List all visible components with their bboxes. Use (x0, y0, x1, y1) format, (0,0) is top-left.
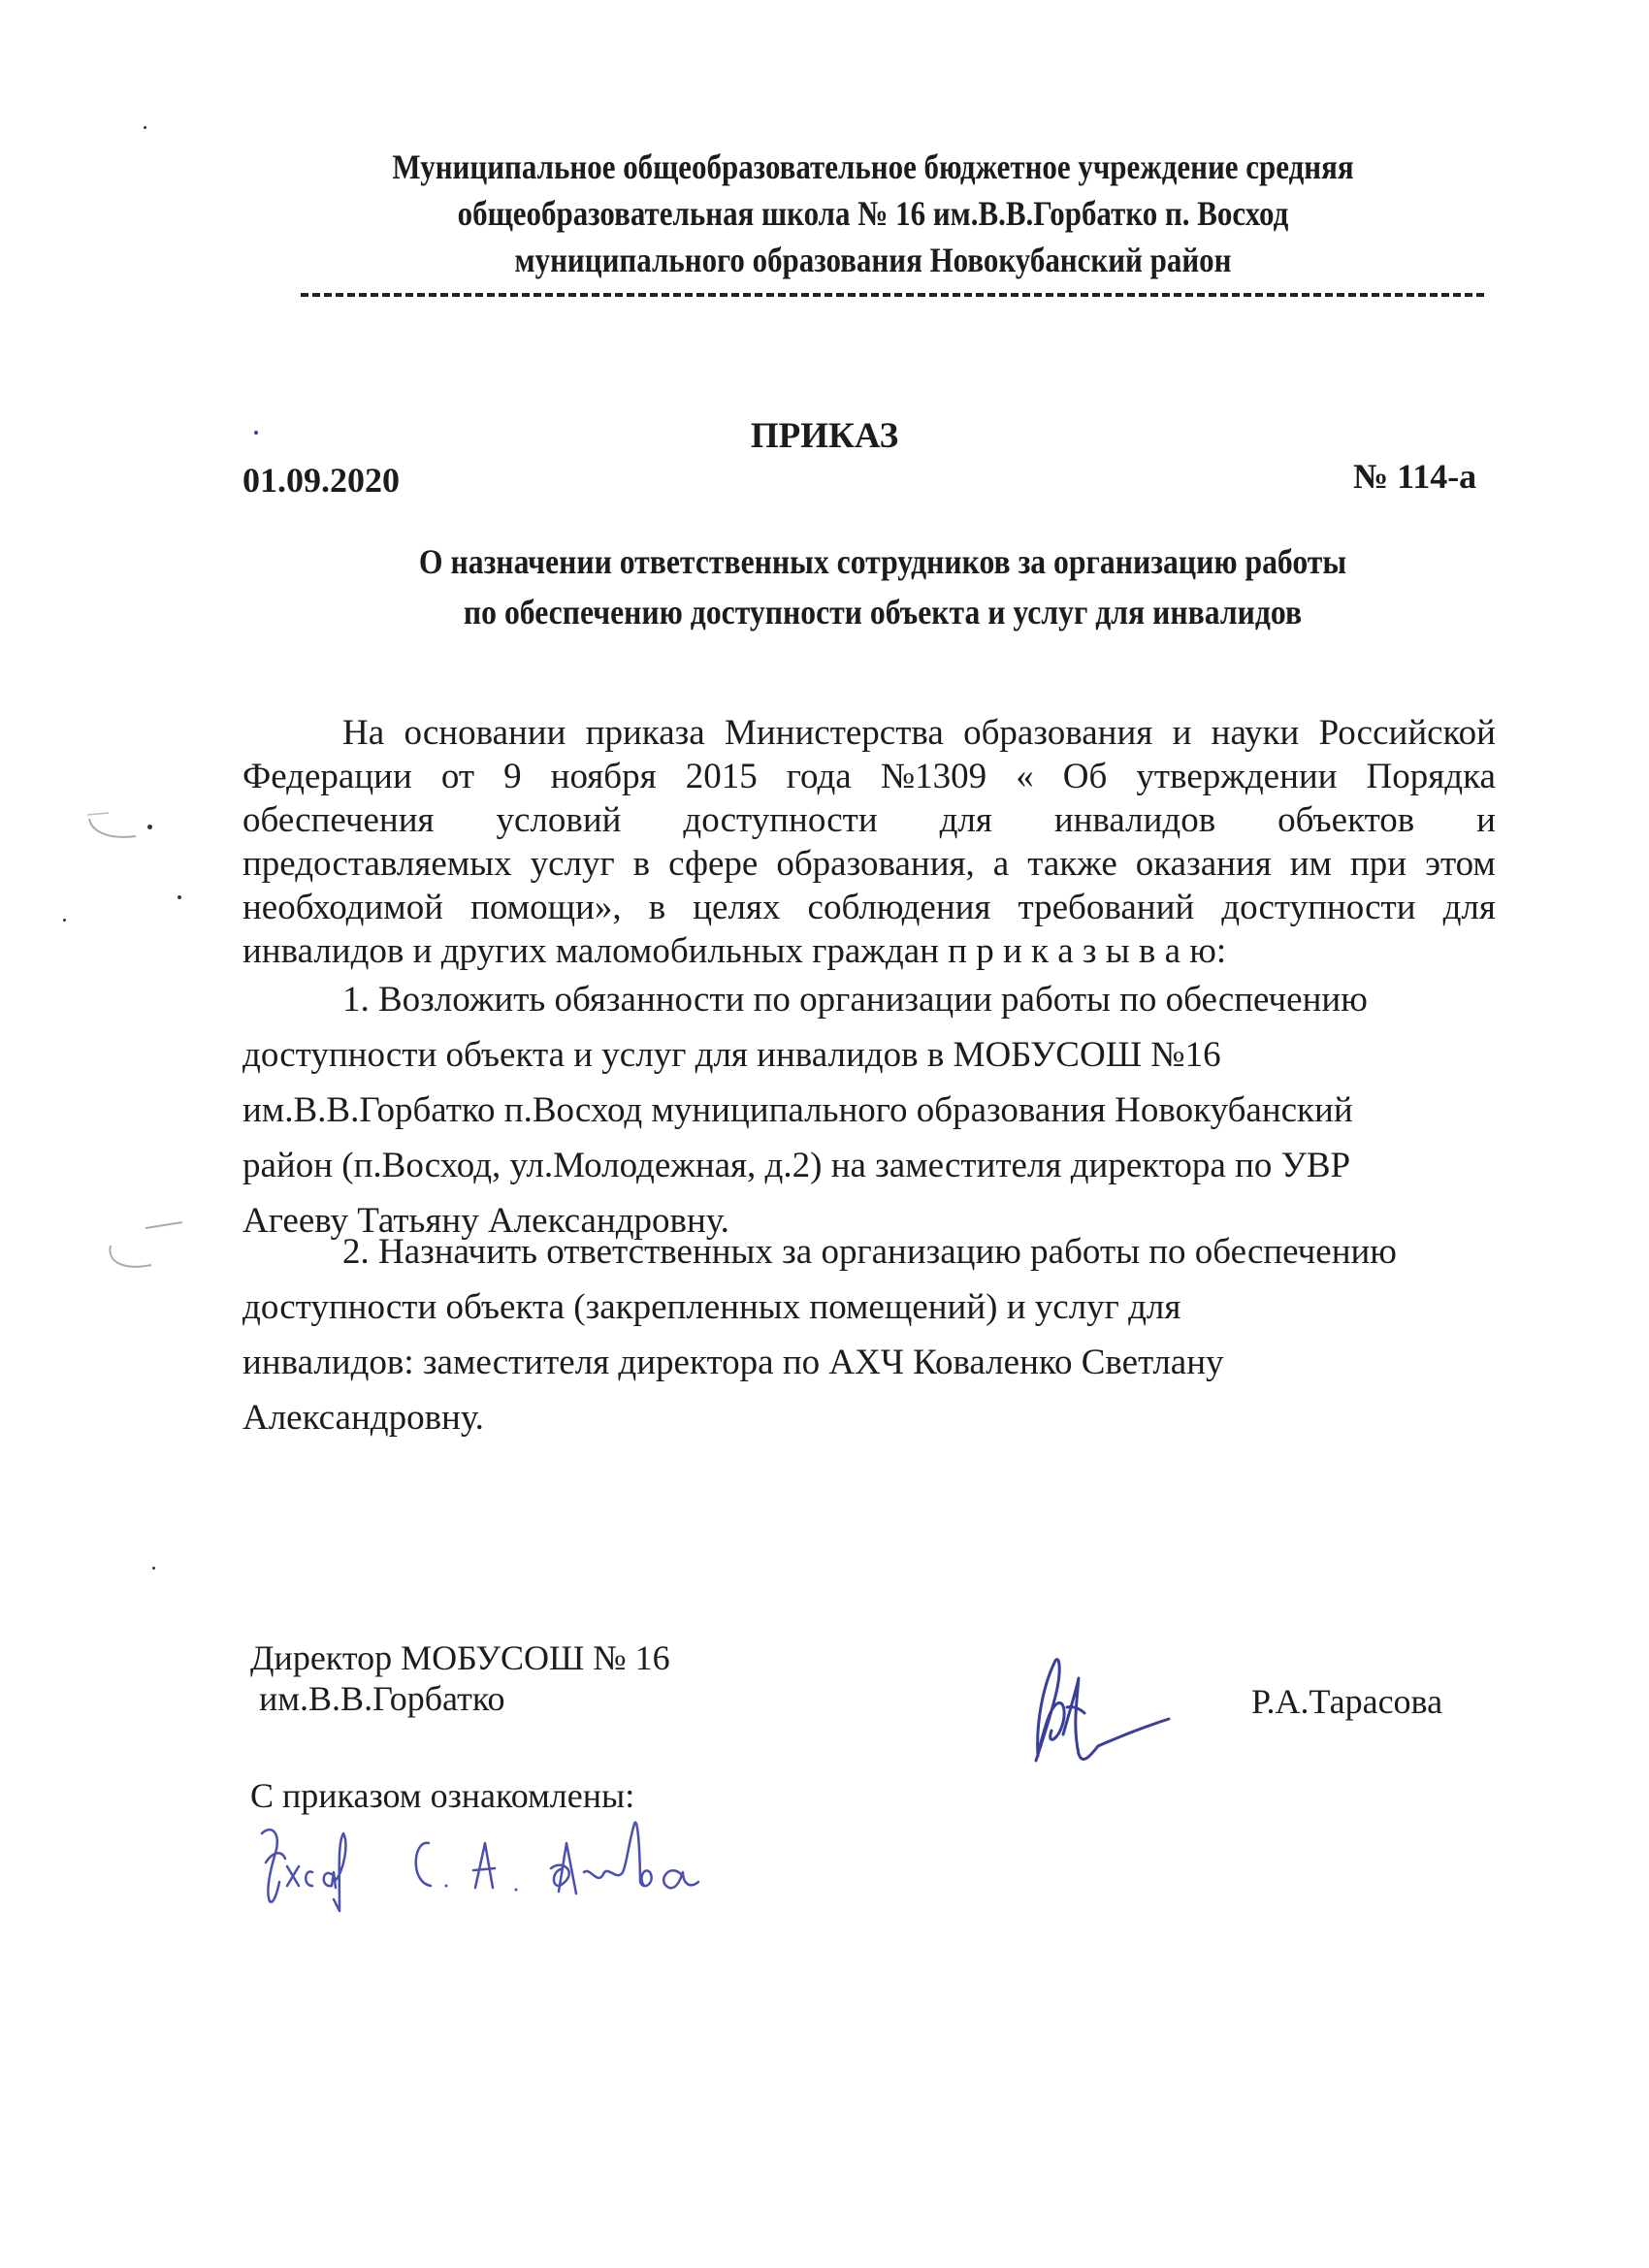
preamble-word: основании (404, 711, 566, 755)
subject-line-1: О назначении ответственных сотрудников з… (319, 536, 1446, 587)
preamble-word: предоставляемых (242, 842, 512, 886)
item-2-line-1: 2. Назначить ответственных за организаци… (242, 1224, 1503, 1280)
preamble-line-5: необходимойпомощи»,вцеляхсоблюдениятребо… (242, 886, 1496, 929)
scan-dot (178, 895, 181, 899)
order-date: 01.09.2020 (242, 460, 400, 501)
preamble-line-1: НаоснованииприказаМинистерстваобразовани… (242, 711, 1496, 755)
item-2-line-4: Александровну. (242, 1390, 1503, 1445)
preamble-word: этом (1425, 842, 1496, 886)
preamble-line-3: обеспеченияусловийдоступностидляинвалидо… (242, 798, 1496, 842)
preamble-word: приказа (586, 711, 705, 755)
preamble-word: им (1290, 842, 1332, 886)
item-2-line-3: инвалидов: заместителя директора по АХЧ … (242, 1335, 1503, 1390)
preamble-word: а (993, 842, 1009, 886)
document-page: Муниципальное общеобразовательное бюджет… (0, 0, 1649, 2268)
signatory-name: Р.А.Тарасова (1251, 1681, 1442, 1722)
header-separator (301, 293, 1484, 297)
item-2-line-2: доступности объекта (закрепленных помеще… (242, 1280, 1503, 1335)
preamble-word: и (1476, 798, 1496, 842)
subject-line-2: по обеспечению доступности объекта и усл… (319, 587, 1446, 637)
preamble-word: обеспечения (242, 798, 435, 842)
scan-artifact-icon (68, 1222, 175, 1280)
scan-dot (63, 919, 66, 922)
preamble-word: Федерации (242, 755, 412, 798)
preamble-line-2: Федерацииот9ноября2015года№1309«Обутверж… (242, 755, 1496, 798)
preamble-word: Министерства (725, 711, 944, 755)
item-1-line-1: 1. Возложить обязанности по организации … (242, 972, 1503, 1027)
preamble-word: требований (1018, 886, 1195, 929)
preamble-word: ноября (551, 755, 657, 798)
header-line-2: общеобразовательная школа № 16 им.В.В.Го… (331, 190, 1415, 237)
item-1-line-3: им.В.В.Горбатко п.Восход муниципального … (242, 1083, 1503, 1138)
preamble-word: для (940, 798, 992, 842)
header-line-1: Муниципальное общеобразовательное бюджет… (331, 144, 1415, 190)
order-title: ПРИКАЗ (0, 415, 1649, 457)
signatory-position-line-2: им.В.В.Горбатко (250, 1678, 670, 1719)
header-line-3: муниципального образования Новокубанский… (331, 237, 1415, 283)
signatory-position: Директор МОБУСОШ № 16 им.В.В.Горбатко (250, 1637, 670, 1719)
preamble-word: образования, (776, 842, 974, 886)
preamble-word: в (649, 886, 665, 929)
preamble-word: для (1443, 886, 1496, 929)
preamble-word: науки (1212, 711, 1300, 755)
preamble-word: инвалидов (1054, 798, 1215, 842)
item-1-line-2: доступности объекта и услуг для инвалидо… (242, 1027, 1503, 1083)
preamble-word: сфере (668, 842, 758, 886)
preamble-line-6: инвалидов и других маломобильных граждан… (242, 929, 1496, 973)
director-signature-icon (1009, 1649, 1203, 1775)
preamble-word: целях (693, 886, 780, 929)
preamble-word: помощи», (470, 886, 622, 929)
scan-dot (144, 126, 146, 129)
preamble-word: также (1027, 842, 1117, 886)
scan-dot (147, 825, 152, 829)
scan-dot (152, 1567, 155, 1570)
preamble-word: образования (963, 711, 1152, 755)
scan-dot (254, 431, 258, 435)
preamble-word: условий (496, 798, 621, 842)
preamble-word: №1309 (881, 755, 986, 798)
preamble-word: при (1350, 842, 1406, 886)
preamble-word: Об (1063, 755, 1108, 798)
preamble-word: доступности (683, 798, 877, 842)
item-1-line-4: район (п.Восход, ул.Молодежная, д.2) на … (242, 1138, 1503, 1193)
preamble-word: доступности (1221, 886, 1415, 929)
order-item-1: 1. Возложить обязанности по организации … (242, 972, 1503, 1248)
institution-header: Муниципальное общеобразовательное бюджет… (331, 144, 1415, 283)
preamble-word: Российской (1319, 711, 1496, 755)
preamble-word: « (1016, 755, 1034, 798)
preamble-word: утверждении (1136, 755, 1337, 798)
preamble: НаоснованииприказаМинистерстваобразовани… (242, 711, 1496, 973)
preamble-word: в (633, 842, 650, 886)
preamble-line-4: предоставляемыхуслугвсфереобразования,ат… (242, 842, 1496, 886)
preamble-word: и (1173, 711, 1192, 755)
acknowledgement-handwriting-icon (242, 1804, 727, 1921)
preamble-word: от (441, 755, 474, 798)
preamble-word: оказания (1136, 842, 1272, 886)
order-subject: О назначении ответственных сотрудников з… (242, 536, 1523, 637)
order-item-2: 2. Назначить ответственных за организаци… (242, 1224, 1503, 1445)
preamble-word: услуг (531, 842, 615, 886)
preamble-word: На (342, 711, 384, 755)
preamble-word: необходимой (242, 886, 443, 929)
signatory-position-line-1: Директор МОБУСОШ № 16 (250, 1637, 670, 1678)
scan-artifact-icon (58, 795, 136, 854)
preamble-word: объектов (1277, 798, 1414, 842)
preamble-word: 2015 (686, 755, 758, 798)
preamble-word: соблюдения (808, 886, 991, 929)
preamble-word: года (787, 755, 852, 798)
preamble-word: 9 (503, 755, 522, 798)
preamble-word: Порядка (1367, 755, 1496, 798)
order-number: № 114-а (1353, 456, 1476, 497)
